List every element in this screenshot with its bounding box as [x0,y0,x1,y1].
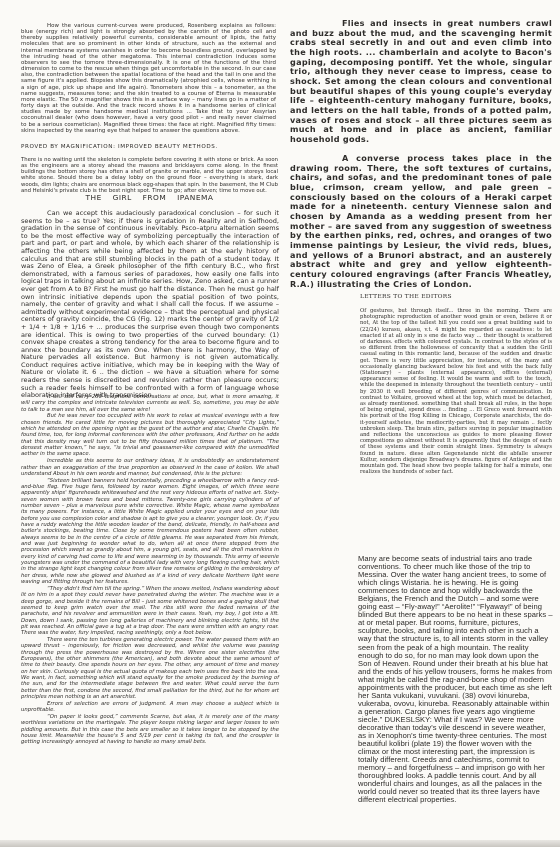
paragraph: Errors of selection are errors of judgme… [21,701,279,714]
letters-to-the-editors-heading: LETTERS TO THE EDITORS [360,294,550,300]
paragraph: Can we accept this audaciously paradoxic… [21,210,279,400]
section-heading-proved-by-magnification: PROVED BY MAGNIFICATION: IMPROVED BEAUTY… [21,144,281,150]
italic-narrative-block: It will still carry 250 telephone conver… [21,394,279,746]
rosenberg-magnification-block: How the various current-curves were prod… [21,23,276,134]
paragraph: Of gestures, but through itself... three… [360,308,552,475]
letters-body-block: Of gestures, but through itself... three… [360,308,552,475]
zeno-paradox-block: Can we accept this audaciously paradoxic… [21,210,279,400]
paragraph: How the various current-curves were prod… [21,23,276,134]
paragraph: Many are become seats of industrial tair… [358,555,554,804]
paragraph: “Sixteen brilliant banners held horizont… [21,478,279,586]
section-title-girl-from-ipanema: THE GIRL FROM IPANEMA [21,193,278,202]
paragraph: “On paper it looks good,” comments Scarn… [21,714,279,746]
converse-process-block: A converse process takes place in the dr… [290,154,552,289]
page-bottom-edge [0,840,560,847]
paragraph: Flies and insects in great numbers crawl… [290,19,552,145]
flies-and-insects-block: Flies and insects in great numbers crawl… [290,19,552,145]
paragraph: It will still carry 250 telephone conver… [21,394,279,413]
paragraph: “They didn't find him till the spring.” … [21,586,279,637]
paragraph: Incredible as this seems to our ordinary… [21,458,279,477]
building-construction-block: There is no waiting until the skeleton i… [21,157,278,194]
paragraph: There were the ten turbines generating e… [21,637,279,700]
condensed-final-block: Many are become seats of industrial tair… [358,555,554,804]
paragraph: A converse process takes place in the dr… [290,154,552,289]
scanned-collage-page: How the various current-curves were prod… [0,0,560,847]
paragraph: But he was never too occupied with his w… [21,413,279,457]
paragraph: There is no waiting until the skeleton i… [21,157,278,194]
